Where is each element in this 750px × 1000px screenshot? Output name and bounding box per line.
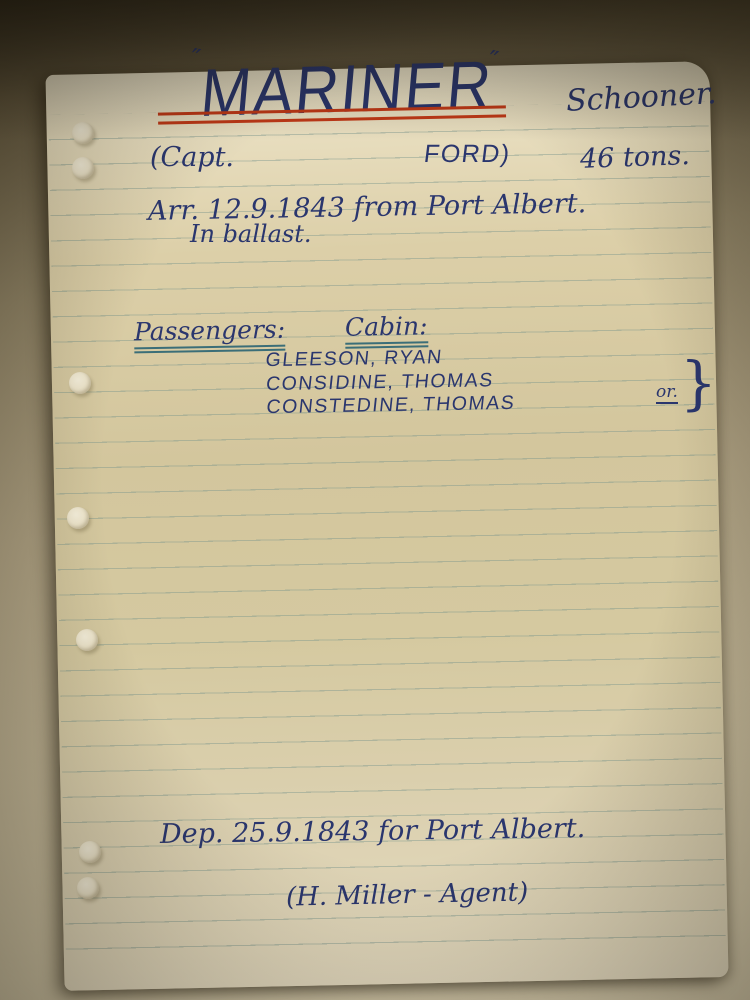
tonnage: 46 tons. bbox=[579, 140, 690, 175]
alternative-brace: } bbox=[680, 354, 717, 412]
punch-hole bbox=[79, 841, 101, 863]
cabin-label: Cabin: bbox=[345, 311, 428, 348]
agent-line: (H. Miller - Agent) bbox=[286, 877, 529, 912]
passenger-name: CONSTEDINE, THOMAS bbox=[265, 392, 516, 420]
captain-prefix: (Capt. bbox=[150, 142, 234, 173]
cargo-note: In ballast. bbox=[190, 220, 312, 248]
alternative-note: or. bbox=[656, 382, 678, 404]
punch-hole bbox=[69, 372, 91, 394]
punch-hole bbox=[76, 629, 98, 651]
title-open-quote: ″ bbox=[187, 43, 203, 74]
punch-hole bbox=[72, 157, 94, 179]
departure-line: Dep. 25.9.1843 for Port Albert. bbox=[160, 813, 586, 850]
punch-hole bbox=[77, 877, 99, 899]
photo-of-handwritten-ship-record: ″ MARINER ″ Schooner. (Capt. FORD) 46 to… bbox=[0, 0, 750, 1000]
punch-hole bbox=[67, 507, 89, 529]
passengers-label: Passengers: bbox=[134, 315, 286, 354]
captain-name: FORD) bbox=[422, 140, 512, 169]
punch-hole bbox=[72, 122, 94, 144]
